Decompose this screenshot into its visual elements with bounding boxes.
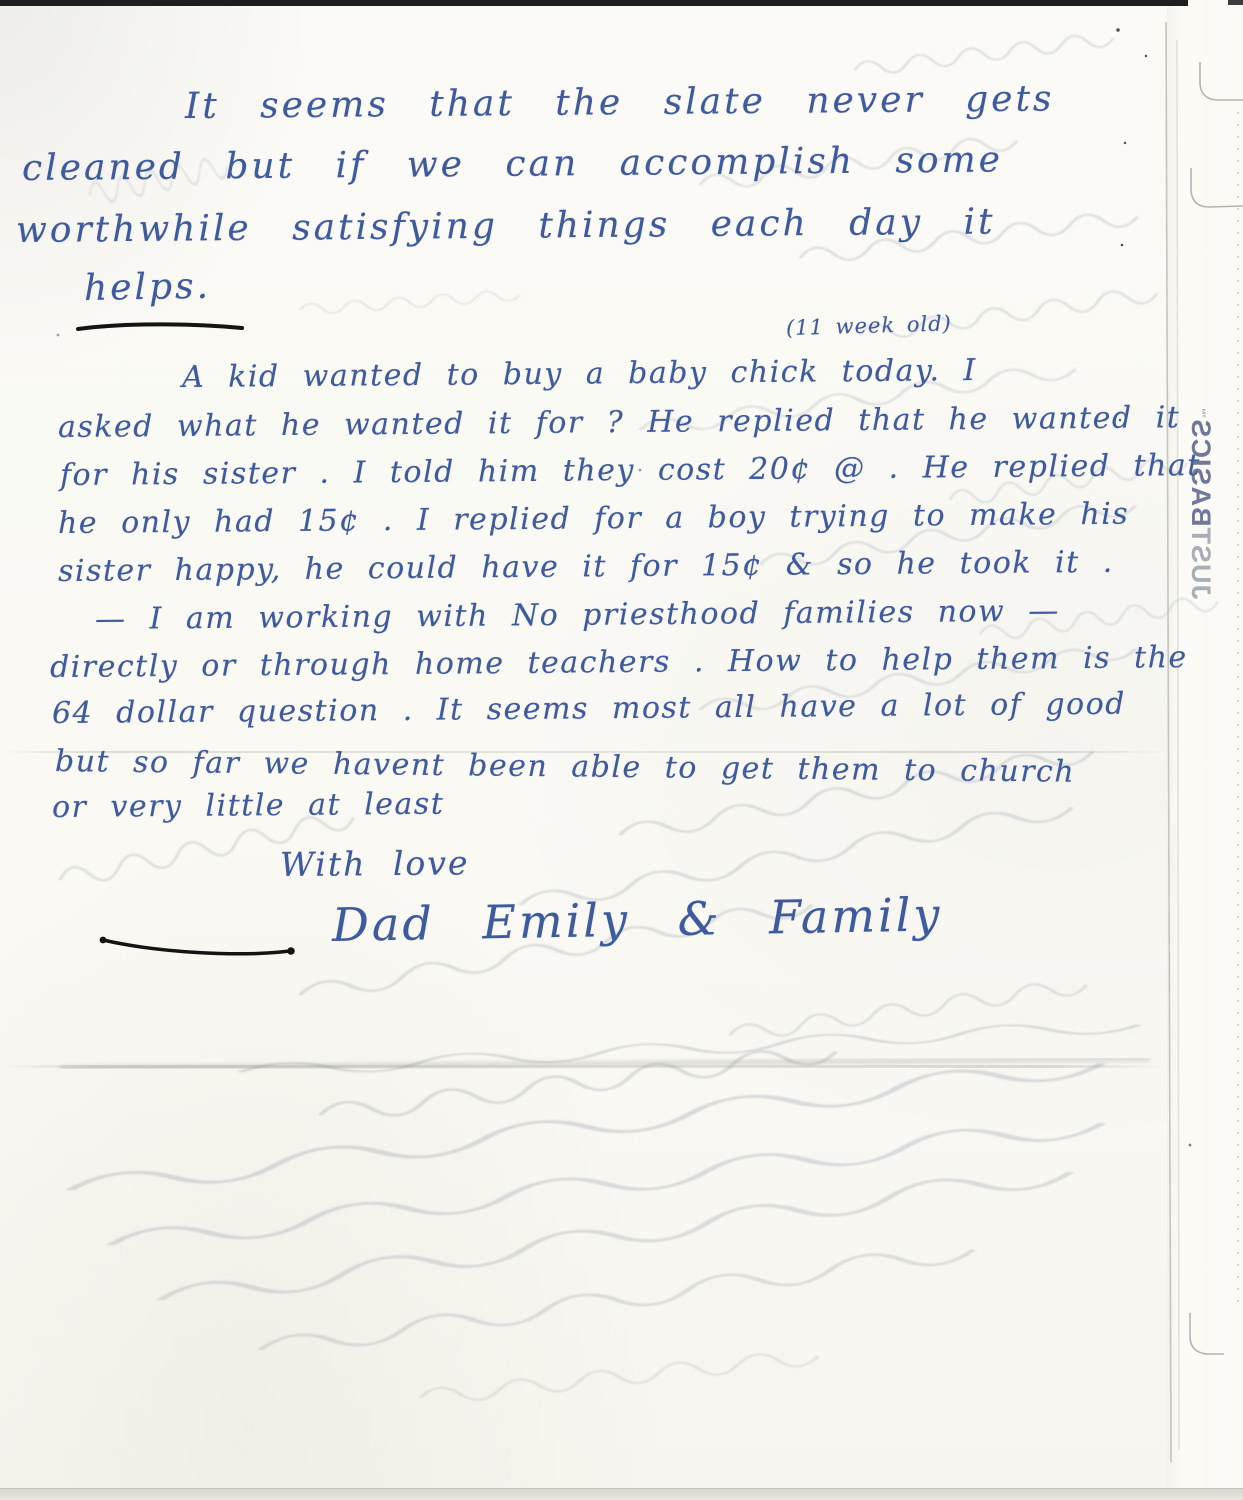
page-bottom-edge [0,1488,1243,1500]
handwritten-line: cleaned but if we can accomplish some [22,139,1003,189]
handwritten-line: asked what he wanted it for ? He replied… [58,400,1181,445]
handwritten-line: sister happy, he could have it for 15¢ &… [58,545,1114,589]
handwritten-line: It seems that the slate never gets [185,78,1055,127]
scanned-letter-page: It seems that the slate never gets clean… [0,0,1243,1500]
handwritten-line: directly or through home teachers . How … [50,640,1188,685]
brand-tm-label: ™ [1195,406,1207,418]
scanner-edge-top [0,0,1188,6]
closing-line: With love [280,843,470,884]
handwritten-line: A kid wanted to buy a baby chick today. … [182,353,977,395]
scanner-edge-top-right [1228,0,1243,5]
brand-basics-label: BASICS [1186,418,1217,526]
annotation-weeks-old: (11 week old) [786,311,952,340]
fold-crease-lower [0,1065,1167,1068]
backing-sheet-strip [1167,0,1243,1500]
handwritten-line: 64 dollar question . It seems most all h… [52,687,1126,731]
handwritten-line: helps. [84,266,212,309]
handwritten-line: he only had 15¢ . I replied for a boy tr… [58,497,1130,541]
brand-watermark: JUSTBASICS™ [1076,458,1243,548]
handwritten-line: for his sister . I told him they cost 20… [60,448,1201,493]
handwritten-line: worthwhile satisfying things each day it [16,201,996,251]
signature-pen-stroke [100,937,295,955]
brand-just-label: JUST [1186,526,1217,599]
handwritten-line: or very little at least [52,787,445,825]
signature-line: Dad Emily & Family [332,887,943,952]
handwritten-line: — I am working with No priesthood famili… [95,594,1060,637]
helps-underline [78,324,242,329]
